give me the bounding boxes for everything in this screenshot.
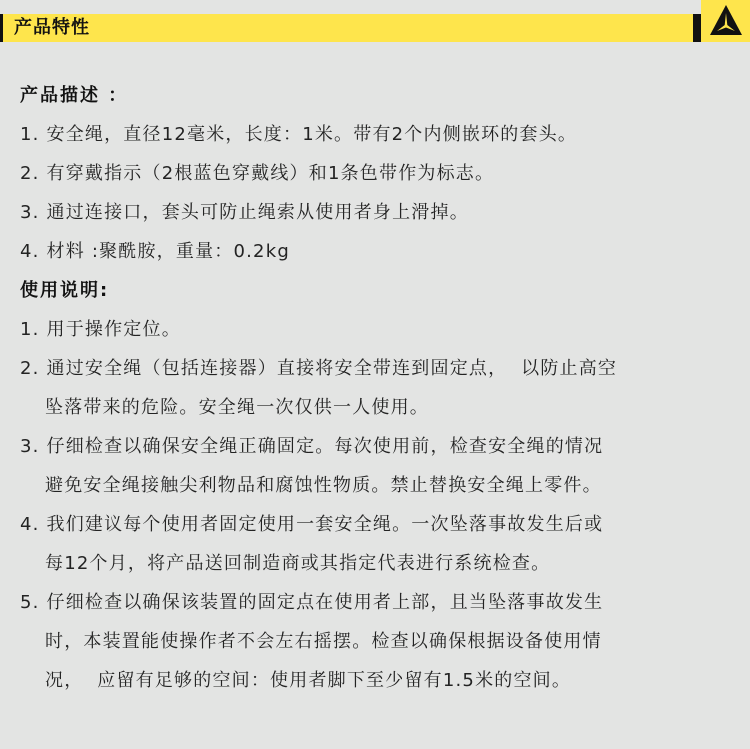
brand-logo — [701, 0, 750, 42]
description-item: 2. 有穿戴指示（2根蓝色穿戴线）和1条色带作为标志。 — [20, 154, 735, 193]
header-right-accent — [693, 14, 701, 42]
section-title: 产品特性 — [14, 16, 90, 40]
description-item: 4. 材料 :聚酰胺，重量：0.2kg — [20, 232, 735, 271]
description-item: 1. 安全绳，直径12毫米，长度：1米。带有2个内侧嵌环的套头。 — [20, 115, 735, 154]
usage-item: 2. 通过安全绳（包括连接器）直接将安全带连到固定点， 以防止高空 — [20, 349, 735, 388]
usage-item-continuation: 时，本装置能使操作者不会左右摇摆。检查以确保根据设备使用情 — [20, 622, 735, 661]
usage-item-continuation: 避免安全绳接触尖利物品和腐蚀性物质。禁止替换安全绳上零件。 — [20, 466, 735, 505]
usage-item-continuation: 每12个月，将产品送回制造商或其指定代表进行系统检查。 — [20, 544, 735, 583]
triangle-logo-icon — [709, 4, 743, 36]
usage-item: 5. 仔细检查以确保该装置的固定点在使用者上部，且当坠落事故发生 — [20, 583, 735, 622]
description-item: 3. 通过连接口，套头可防止绳索从使用者身上滑掉。 — [20, 193, 735, 232]
header-left-accent — [0, 14, 3, 42]
usage-item: 4. 我们建议每个使用者固定使用一套安全绳。一次坠落事故发生后或 — [20, 505, 735, 544]
section-header-bar: 产品特性 — [0, 14, 701, 42]
usage-item: 3. 仔细检查以确保安全绳正确固定。每次使用前，检查安全绳的情况 — [20, 427, 735, 466]
description-heading: 产品描述 ： — [20, 76, 735, 115]
usage-item: 1. 用于操作定位。 — [20, 310, 735, 349]
usage-item-continuation: 况， 应留有足够的空间：使用者脚下至少留有1.5米的空间。 — [20, 661, 735, 700]
product-content: 产品描述 ： 1. 安全绳，直径12毫米，长度：1米。带有2个内侧嵌环的套头。 … — [20, 76, 735, 700]
usage-item-continuation: 坠落带来的危险。安全绳一次仅供一人使用。 — [20, 388, 735, 427]
usage-heading: 使用说明: — [20, 271, 735, 310]
